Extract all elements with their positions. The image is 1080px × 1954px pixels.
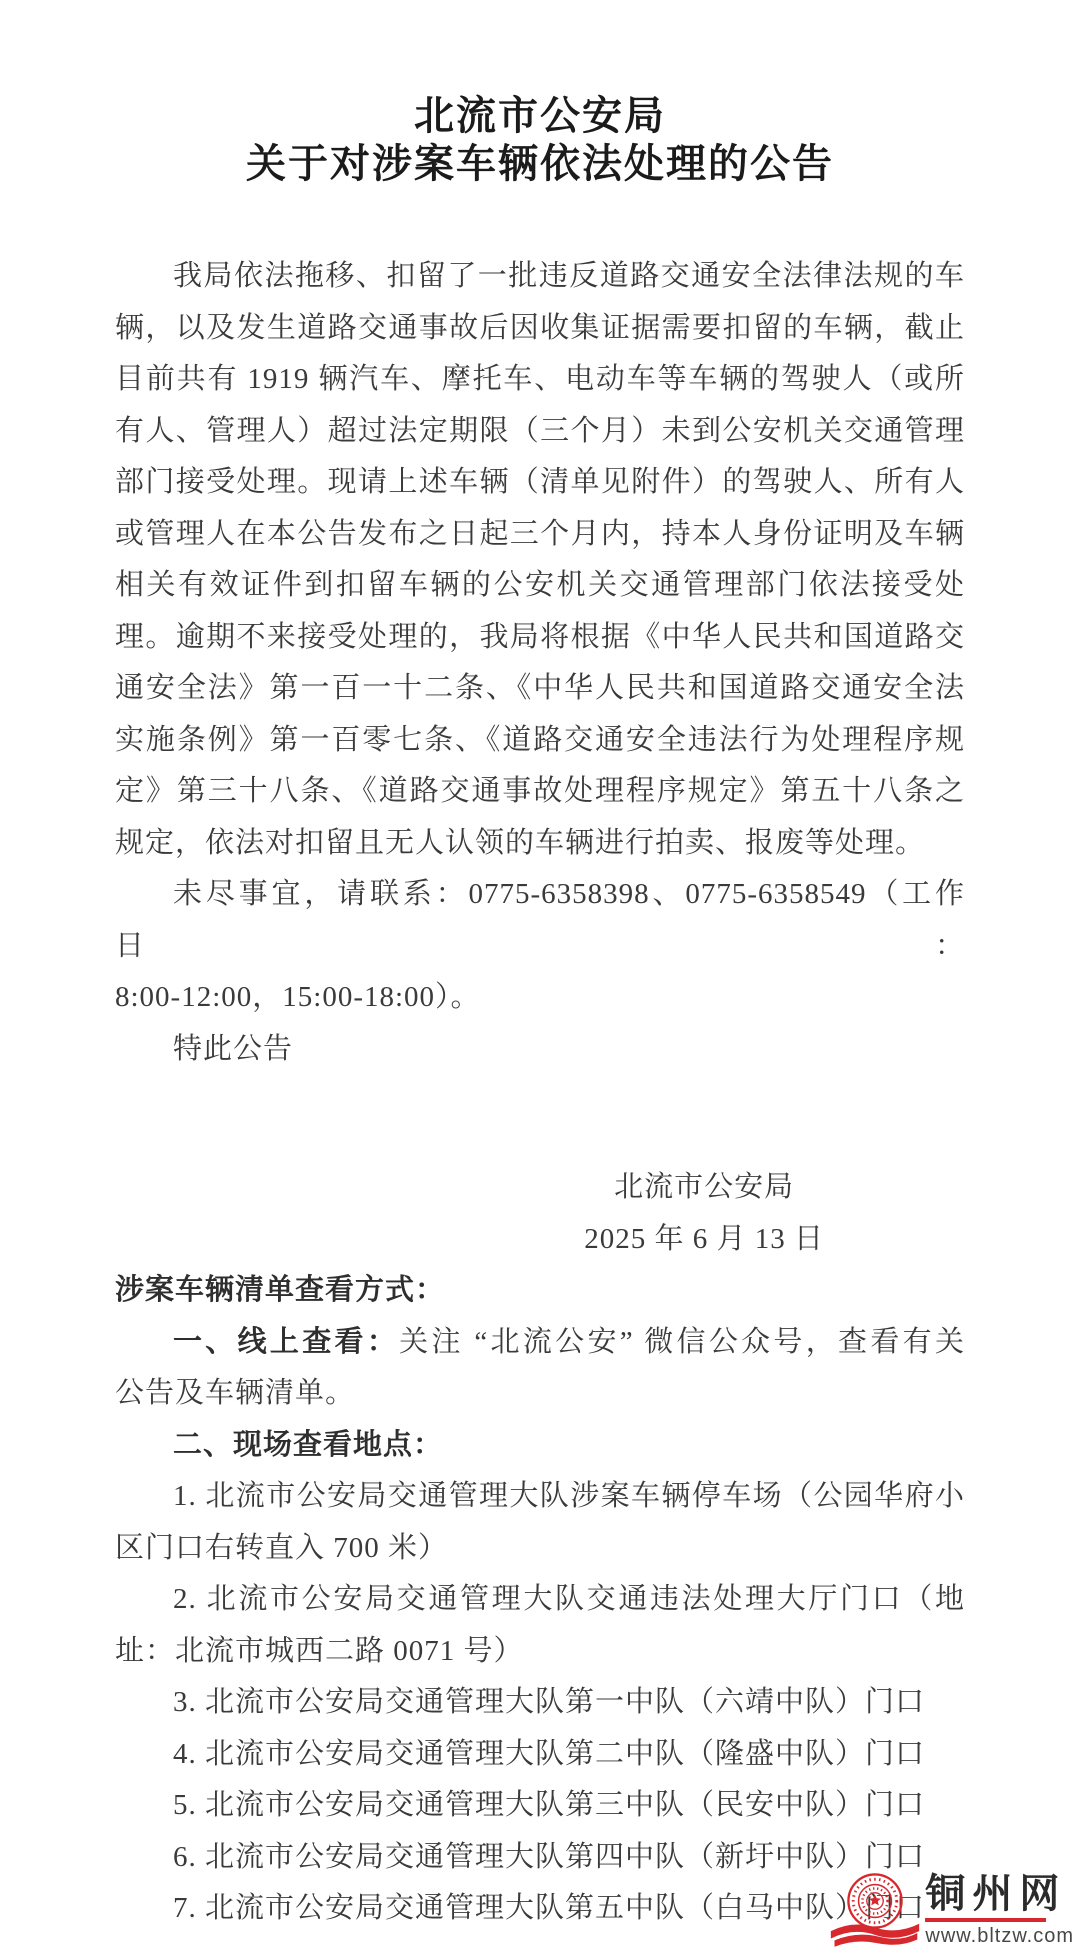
site-watermark: 铜州网 www.bltzw.com [829, 1872, 1074, 1948]
list-item-line: 3. 北流市公安局交通管理大队第一中队（六靖中队）门口 [115, 1677, 965, 1729]
watermark-text-block: 铜州网 www.bltzw.com [925, 1872, 1074, 1947]
body-line: 部门接受处理。现请上述车辆（清单见附件）的驾驶人、所有人 [115, 457, 965, 509]
online-view-label: 一、线上查看： [173, 1326, 399, 1358]
body-line: 目前共有 1919 辆汽车、摩托车、电动车等车辆的驾驶人（或所 [115, 354, 965, 406]
closing-statement: 特此公告 [115, 1024, 965, 1076]
online-view-text: 关注 “北流公安” 微信公众号，查看有关 [399, 1326, 965, 1358]
body-line: 实施条例》第一百零七条、《道路交通安全违法行为处理程序规 [115, 715, 965, 767]
body-line: 定》第三十八条、《道路交通事故处理程序规定》第五十八条之 [115, 766, 965, 818]
list-item-line: 区门口右转直入 700 米） [115, 1523, 965, 1575]
site-url: www.bltzw.com [925, 1925, 1074, 1947]
body-line: 通安全法》第一百一十二条、《中华人民共和国道路交通安全法 [115, 663, 965, 715]
document-title-line2: 关于对涉案车辆依法处理的公告 [115, 140, 965, 188]
body-line: 相关有效证件到扣留车辆的公安机关交通管理部门依法接受处 [115, 560, 965, 612]
document-content: 北流市公安局 关于对涉案车辆依法处理的公告 我局依法拖移、扣留了一批违反道路交通… [0, 0, 1080, 1935]
contact-line: 未尽事宜，请联系：0775-6358398、0775-6358549（工作日： [115, 869, 965, 972]
body-line: 理。逾期不来接受处理的，我局将根据《中华人民共和国道路交 [115, 612, 965, 664]
appendix-heading: 涉案车辆清单查看方式： [115, 1265, 965, 1317]
online-view-line: 一、线上查看：关注 “北流公安” 微信公众号，查看有关 [115, 1317, 965, 1369]
announcement-document: 北流市公安局 关于对涉案车辆依法处理的公告 我局依法拖移、扣留了一批违反道路交通… [0, 0, 1080, 1954]
red-seal-emblem-icon [829, 1872, 921, 1948]
site-name: 铜州网 [925, 1872, 1066, 1916]
list-item-line: 4. 北流市公安局交通管理大队第二中队（隆盛中队）门口 [115, 1729, 965, 1781]
list-item-line: 2. 北流市公安局交通管理大队交通违法处理大厅门口（地 [115, 1574, 965, 1626]
body-line: 规定，依法对扣留且无人认领的车辆进行拍卖、报废等处理。 [115, 818, 965, 870]
online-view-line2: 公告及车辆清单。 [115, 1368, 965, 1420]
list-item-line: 址：北流市城西二路 0071 号） [115, 1626, 965, 1678]
list-item-line: 5. 北流市公安局交通管理大队第三中队（民安中队）门口 [115, 1780, 965, 1832]
contact-paragraph: 未尽事宜，请联系：0775-6358398、0775-6358549（工作日： … [115, 869, 965, 1024]
onsite-heading: 二、现场查看地点： [115, 1420, 965, 1472]
body-line: 或管理人在本公告发布之日起三个月内，持本人身份证明及车辆 [115, 509, 965, 561]
body-line: 辆，以及发生道路交通事故后因收集证据需要扣留的车辆，截止 [115, 303, 965, 355]
signature-block: 北流市公安局 2025 年 6 月 13 日 [584, 1162, 824, 1265]
issue-date: 2025 年 6 月 13 日 [584, 1214, 824, 1266]
document-title-line1: 北流市公安局 [115, 92, 965, 140]
main-paragraph: 我局依法拖移、扣留了一批违反道路交通安全法律法规的车 辆，以及发生道路交通事故后… [115, 251, 965, 869]
contact-line: 8:00-12:00，15:00-18:00）。 [115, 972, 965, 1024]
body-line: 有人、管理人）超过法定期限（三个月）未到公安机关交通管理 [115, 406, 965, 458]
watermark-divider [925, 1918, 1046, 1922]
list-item-line: 1. 北流市公安局交通管理大队涉案车辆停车场（公园华府小 [115, 1471, 965, 1523]
body-line: 我局依法拖移、扣留了一批违反道路交通安全法律法规的车 [115, 251, 965, 303]
issuer-name: 北流市公安局 [584, 1162, 824, 1214]
